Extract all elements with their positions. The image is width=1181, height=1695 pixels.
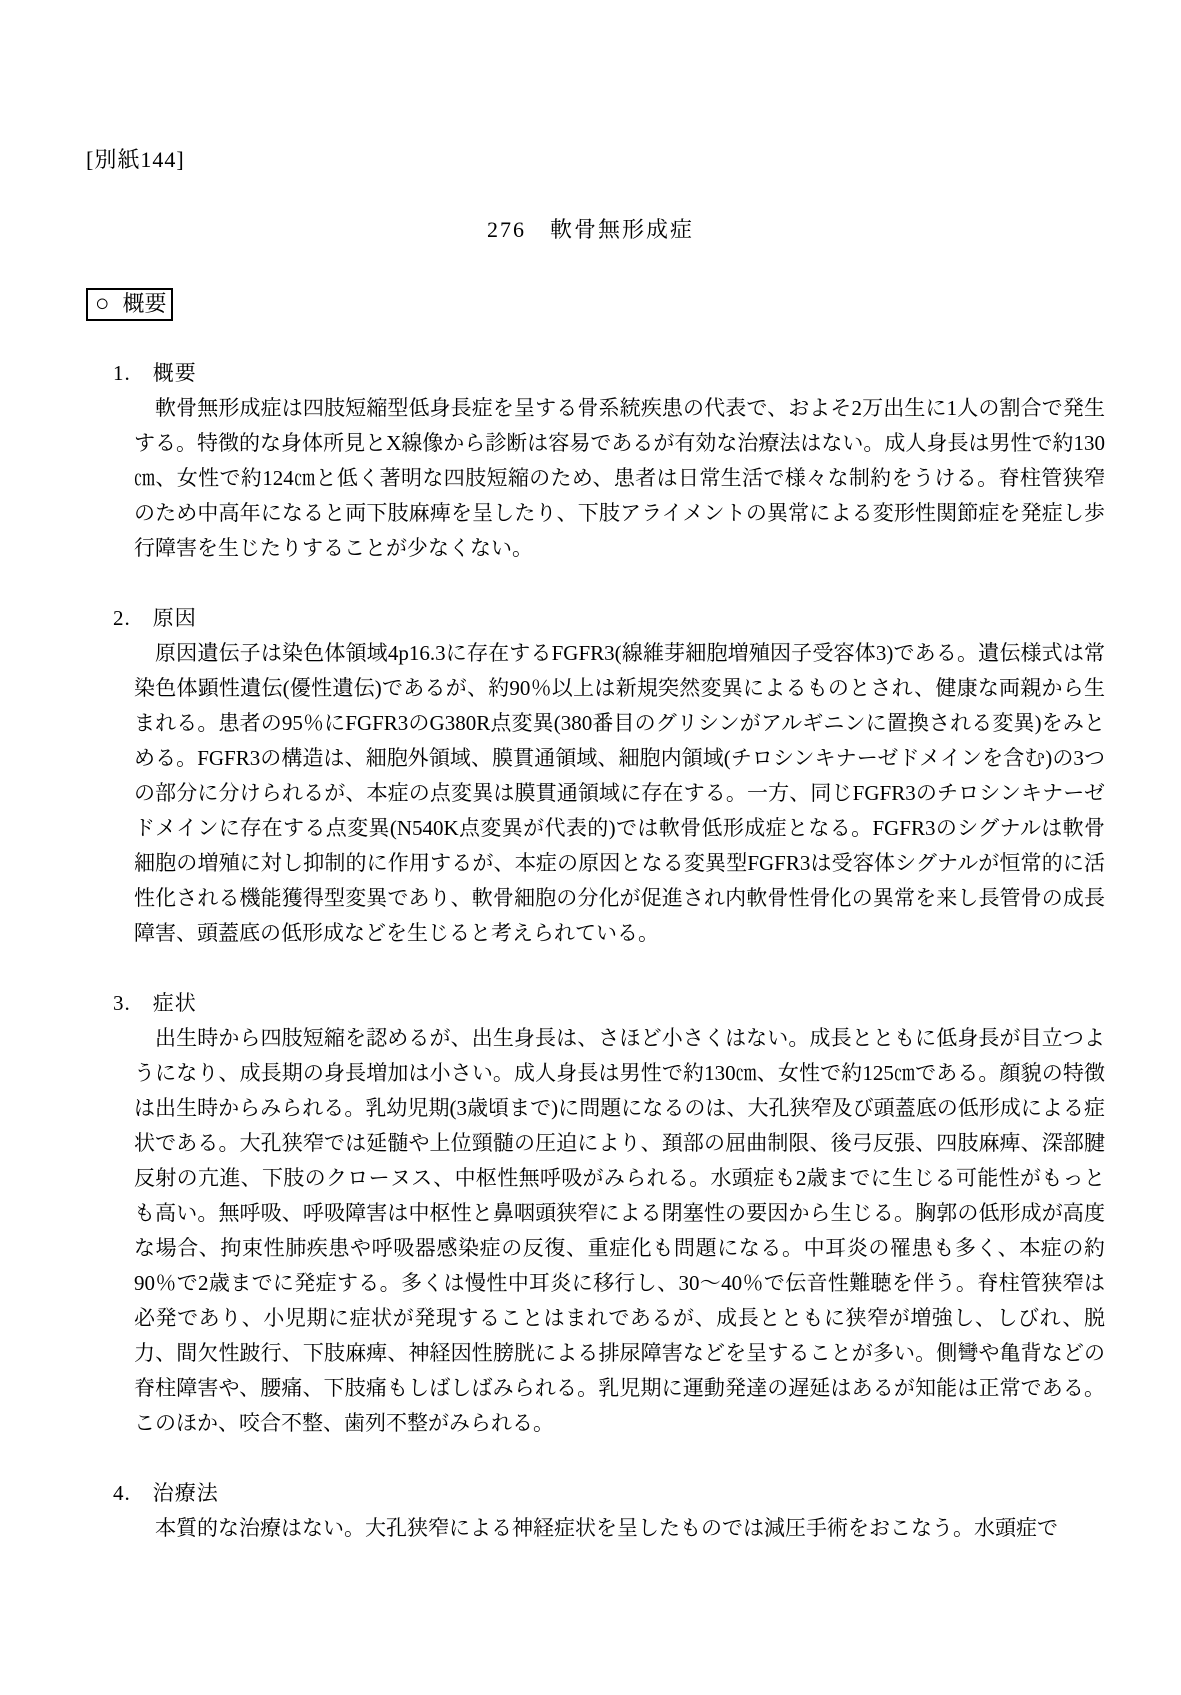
section-heading: 1. 概要: [113, 356, 1181, 391]
section-heading: 4. 治療法: [113, 1476, 1181, 1511]
document-page: [別紙144] 276 軟骨無形成症 ○ 概要 1. 概要 軟骨無形成症は四肢短…: [0, 0, 1181, 1695]
section-heading: 2. 原因: [113, 601, 1181, 636]
document-body: 1. 概要 軟骨無形成症は四肢短縮型低身長症を呈する骨系統疾患の代表で、およそ2…: [0, 356, 1181, 1546]
section-body: 出生時から四肢短縮を認めるが、出生身長は、さほど小さくはない。成長とともに低身長…: [134, 1021, 1105, 1441]
circle-marker-icon: ○: [95, 291, 110, 317]
overview-box-label: 概要: [123, 291, 167, 317]
overview-box: ○ 概要: [86, 288, 173, 321]
section-body: 本質的な治療はない。大孔狭窄による神経症状を呈したものでは減圧手術をおこなう。水…: [134, 1511, 1105, 1546]
section-heading: 3. 症状: [113, 986, 1181, 1021]
section-symptoms: 3. 症状 出生時から四肢短縮を認めるが、出生身長は、さほど小さくはない。成長と…: [0, 986, 1181, 1441]
section-cause: 2. 原因 原因遺伝子は染色体領域4p16.3に存在するFGFR3(線維芽細胞増…: [0, 601, 1181, 951]
section-treatment: 4. 治療法 本質的な治療はない。大孔狭窄による神経症状を呈したものでは減圧手術…: [0, 1476, 1181, 1546]
page-title: 276 軟骨無形成症: [0, 216, 1181, 244]
section-body: 原因遺伝子は染色体領域4p16.3に存在するFGFR3(線維芽細胞増殖因子受容体…: [134, 636, 1105, 951]
section-body: 軟骨無形成症は四肢短縮型低身長症を呈する骨系統疾患の代表で、およそ2万出生に1人…: [134, 391, 1105, 566]
section-overview: 1. 概要 軟骨無形成症は四肢短縮型低身長症を呈する骨系統疾患の代表で、およそ2…: [0, 356, 1181, 566]
attachment-label: [別紙144]: [86, 146, 185, 174]
